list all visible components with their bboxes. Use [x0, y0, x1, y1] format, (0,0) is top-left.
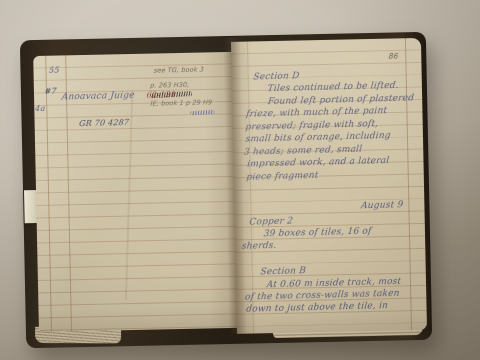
date-august-9: August 9 [361, 200, 404, 211]
note-line: 39 boxes of tiles, 16 of [263, 226, 372, 239]
note-line: frieze, with much of the paint [246, 106, 388, 120]
note-line: Copper 2 [249, 216, 294, 227]
note-line: 3 heads; some red, small [243, 145, 362, 158]
left-page-number: 55 [49, 65, 60, 74]
left-margin-number: 14a [33, 104, 46, 113]
right-page-number: 86 [388, 51, 398, 60]
catalog-number: GR 70 4287 [79, 118, 130, 128]
note-line: sherds. [241, 241, 277, 252]
photo-background: 55 14a #7 Anoavaca Juige 62-121 see TG, … [0, 0, 480, 360]
entry-item-number: #7 [44, 86, 57, 95]
pencil-note-2: p. 263 H30, [150, 81, 190, 90]
left-page: 55 14a #7 Anoavaca Juige 62-121 see TG, … [33, 52, 237, 332]
note-line: preserved; fragile with soft, [245, 119, 379, 133]
right-page-right-rule [405, 38, 412, 330]
note-line: small bits of orange, including [245, 131, 391, 145]
note-line: impressed work, and a lateral [247, 156, 390, 170]
note-line: down to just above the tile, in [246, 301, 389, 315]
left-margin-rule-1 [45, 56, 52, 332]
notebook: 55 14a #7 Anoavaca Juige 62-121 see TG, … [27, 36, 429, 340]
entry-name: Anoavaca Juige [61, 91, 135, 103]
section-d-heading: Section D [253, 71, 300, 82]
note-line: piece fragment [246, 171, 319, 183]
note-line: Found left portion of plastered [267, 93, 414, 107]
right-page: 86 Section D Tiles continued to be lifte… [231, 38, 427, 334]
section-b-heading: Section B [260, 266, 307, 277]
blue-ink-scribble [190, 110, 214, 115]
right-page-left-rule [247, 42, 254, 334]
pencil-note-3: IE, book 1 p 29 H9 [150, 98, 212, 107]
pencil-note-1: see TG, book 3 [154, 65, 205, 74]
note-line: Tiles continued to be lifted. [267, 81, 399, 94]
